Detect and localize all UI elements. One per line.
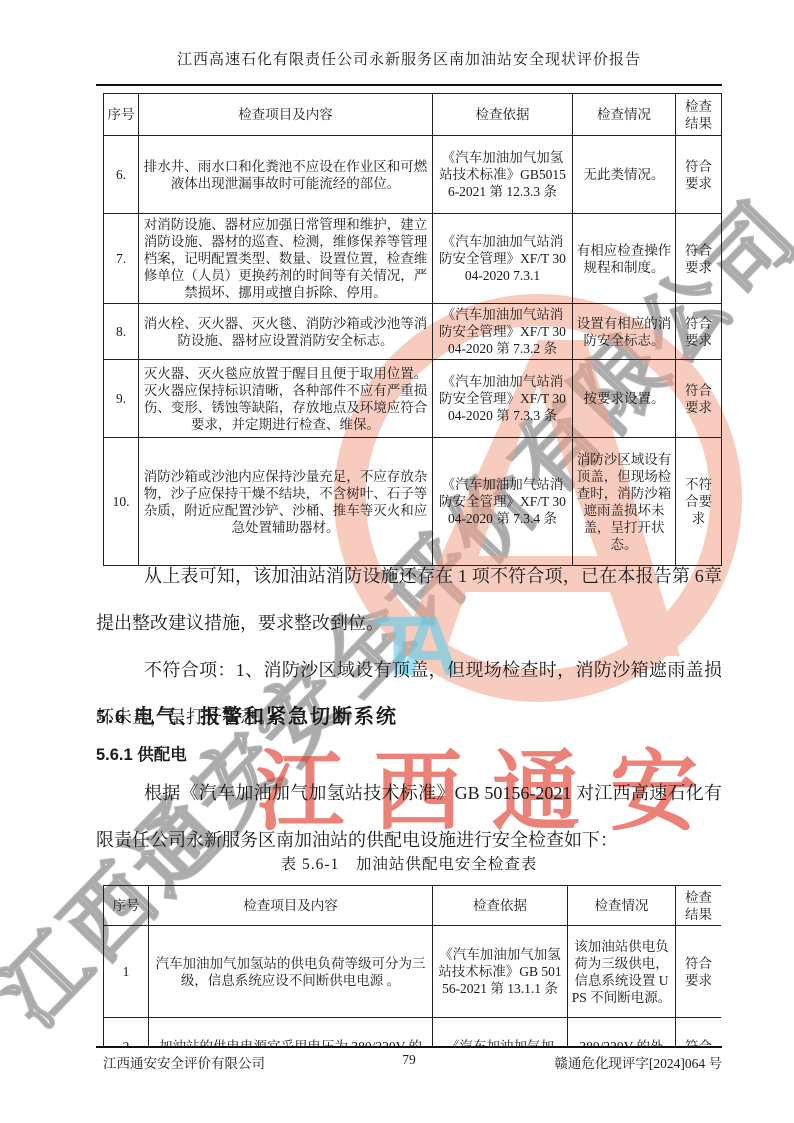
cell-situation: 消防沙区域设有顶盖，但现场检查时，消防沙箱遮雨盖损坏未盖，呈打开状态。 (573, 438, 676, 566)
col-header-no: 序号 (104, 94, 139, 136)
cell-no: 9. (104, 360, 139, 438)
cell-result: 不符合要求 (676, 438, 722, 566)
cell-basis: 《汽车加油加气站消防安全管理》XF/T 3004-2020 7.3.1 (433, 214, 573, 304)
footer-rule (96, 1046, 722, 1048)
col-header-item: 检查项目及内容 (139, 94, 433, 136)
cell-no: 2 (104, 1018, 149, 1047)
cell-item: 消防沙箱或沙池内应保持沙量充足，不应存放杂物，沙子应保持干燥不结块，不含树叶、石… (139, 438, 433, 566)
table-row: 7. 对消防设施、器材应加强日常管理和维护，建立消防设施、器材的巡查、检测，维修… (104, 214, 722, 304)
paragraph-summary: 从上表可知，该加油站消防设施还存在 1 项不符合项，已在本报告第 6章提出整改建… (96, 553, 722, 647)
cell-no: 1 (104, 926, 149, 1018)
col-header-no: 序号 (104, 886, 149, 926)
cell-no: 7. (104, 214, 139, 304)
cell-basis: 《汽车加油加气加氢站技术标准》GB 50156-2021 第 13.1.1 条 (433, 926, 568, 1018)
col-header-situation: 检查情况 (573, 94, 676, 136)
table-header-row: 序号 检查项目及内容 检查依据 检查情况 检查结果 (104, 94, 722, 136)
col-header-basis: 检查依据 (433, 886, 568, 926)
cell-situation: 设置有相应的消防安全标志。 (573, 304, 676, 360)
cell-result: 符合要求 (676, 214, 722, 304)
page-header-title: 江西高速石化有限责任公司永新服务区南加油站安全现状评价报告 (96, 48, 722, 69)
power-check-table: 序号 检查项目及内容 检查依据 检查情况 检查结果 1 汽车加油加气加氢站的供电… (103, 885, 721, 1046)
cell-basis: 《汽车加油加气加氢站技术标准》GB50156-2021 第 12.3.3 条 (433, 136, 573, 214)
cell-result: 符合 (676, 1018, 722, 1047)
cell-result: 符合要求 (676, 136, 722, 214)
cell-situation: 有相应检查操作规程和制度。 (573, 214, 676, 304)
table-row: 1 汽车加油加气加氢站的供电负荷等级可分为三级，信息系统应设不间断供电电源 。 … (104, 926, 722, 1018)
cell-basis: 《汽车加油加气站消防安全管理》XF/T 3004-2020 第 7.3.2 条 (433, 304, 573, 360)
header-rule (96, 84, 722, 86)
table-row: 2 加油站的供电电源宜采用电压为 380/220V 的 《汽车加油加气加 380… (104, 1018, 722, 1047)
power-check-table-clip: 序号 检查项目及内容 检查依据 检查情况 检查结果 1 汽车加油加气加氢站的供电… (103, 885, 721, 1046)
col-header-result: 检查结果 (676, 886, 722, 926)
col-header-item: 检查项目及内容 (149, 886, 433, 926)
cell-basis: 《汽车加油加气站消防安全管理》XF/T 3004-2020 第 7.3.3 条 (433, 360, 573, 438)
cell-item: 对消防设施、器材应加强日常管理和维护，建立消防设施、器材的巡查、检测，维修保养等… (139, 214, 433, 304)
cell-basis: 《汽车加油加气加 (433, 1018, 568, 1047)
fire-check-table: 序号 检查项目及内容 检查依据 检查情况 检查结果 6. 排水井、雨水口和化粪池… (103, 93, 722, 566)
cell-situation: 380/220V 的外 (568, 1018, 676, 1047)
cell-result: 符合要求 (676, 360, 722, 438)
cell-item: 汽车加油加气加氢站的供电负荷等级可分为三级，信息系统应设不间断供电电源 。 (149, 926, 433, 1018)
cell-no: 6. (104, 136, 139, 214)
paragraph-intro-power: 根据《汽车加油加气加氢站技术标准》GB 50156-2021 对江西高速石化有限… (96, 770, 722, 864)
cell-item: 加油站的供电电源宜采用电压为 380/220V 的 (149, 1018, 433, 1047)
cell-item: 灭火器、灭火毯应放置于醒目且便于取用位置。灭火器应保持标识清晰，各种部件不应有严… (139, 360, 433, 438)
cell-situation: 按要求设置。 (573, 360, 676, 438)
cell-no: 8. (104, 304, 139, 360)
table-row: 6. 排水井、雨水口和化粪池不应设在作业区和可燃液体出现泄漏事故时可能流经的部位… (104, 136, 722, 214)
col-header-result: 检查结果 (676, 94, 722, 136)
table2-caption: 表 5.6-1 加油站供配电安全检查表 (96, 852, 722, 874)
cell-result: 符合要求 (676, 304, 722, 360)
cell-item: 消火栓、灭火器、灭火毯、消防沙箱或沙池等消防设施、器材应设置消防安全标志。 (139, 304, 433, 360)
cell-basis: 《汽车加油加气站消防安全管理》XF/T 3004-2020 第 7.3.4 条 (433, 438, 573, 566)
cell-situation: 无此类情况。 (573, 136, 676, 214)
table-header-row: 序号 检查项目及内容 检查依据 检查情况 检查结果 (104, 886, 722, 926)
cell-situation: 该加油站供电负荷为三级供电，信息系统设置 UPS 不间断电源。 (568, 926, 676, 1018)
col-header-situation: 检查情况 (568, 886, 676, 926)
table-row: 8. 消火栓、灭火器、灭火毯、消防沙箱或沙池等消防设施、器材应设置消防安全标志。… (104, 304, 722, 360)
col-header-basis: 检查依据 (433, 94, 573, 136)
table-row: 9. 灭火器、灭火毯应放置于醒目且便于取用位置。灭火器应保持标识清晰，各种部件不… (104, 360, 722, 438)
cell-result: 符合要求 (676, 926, 722, 1018)
section-heading-5-6-1: 5.6.1 供配电 (96, 741, 722, 765)
footer-doc-number: 赣通危化现评字[2024]064 号 (554, 1052, 722, 1072)
cell-item: 排水井、雨水口和化粪池不应设在作业区和可燃液体出现泄漏事故时可能流经的部位。 (139, 136, 433, 214)
section-heading-5-6: 5.6 电气、报警和紧急切断系统 (96, 700, 722, 729)
table-row: 10. 消防沙箱或沙池内应保持沙量充足，不应存放杂物，沙子应保持干燥不结块，不含… (104, 438, 722, 566)
cell-no: 10. (104, 438, 139, 566)
